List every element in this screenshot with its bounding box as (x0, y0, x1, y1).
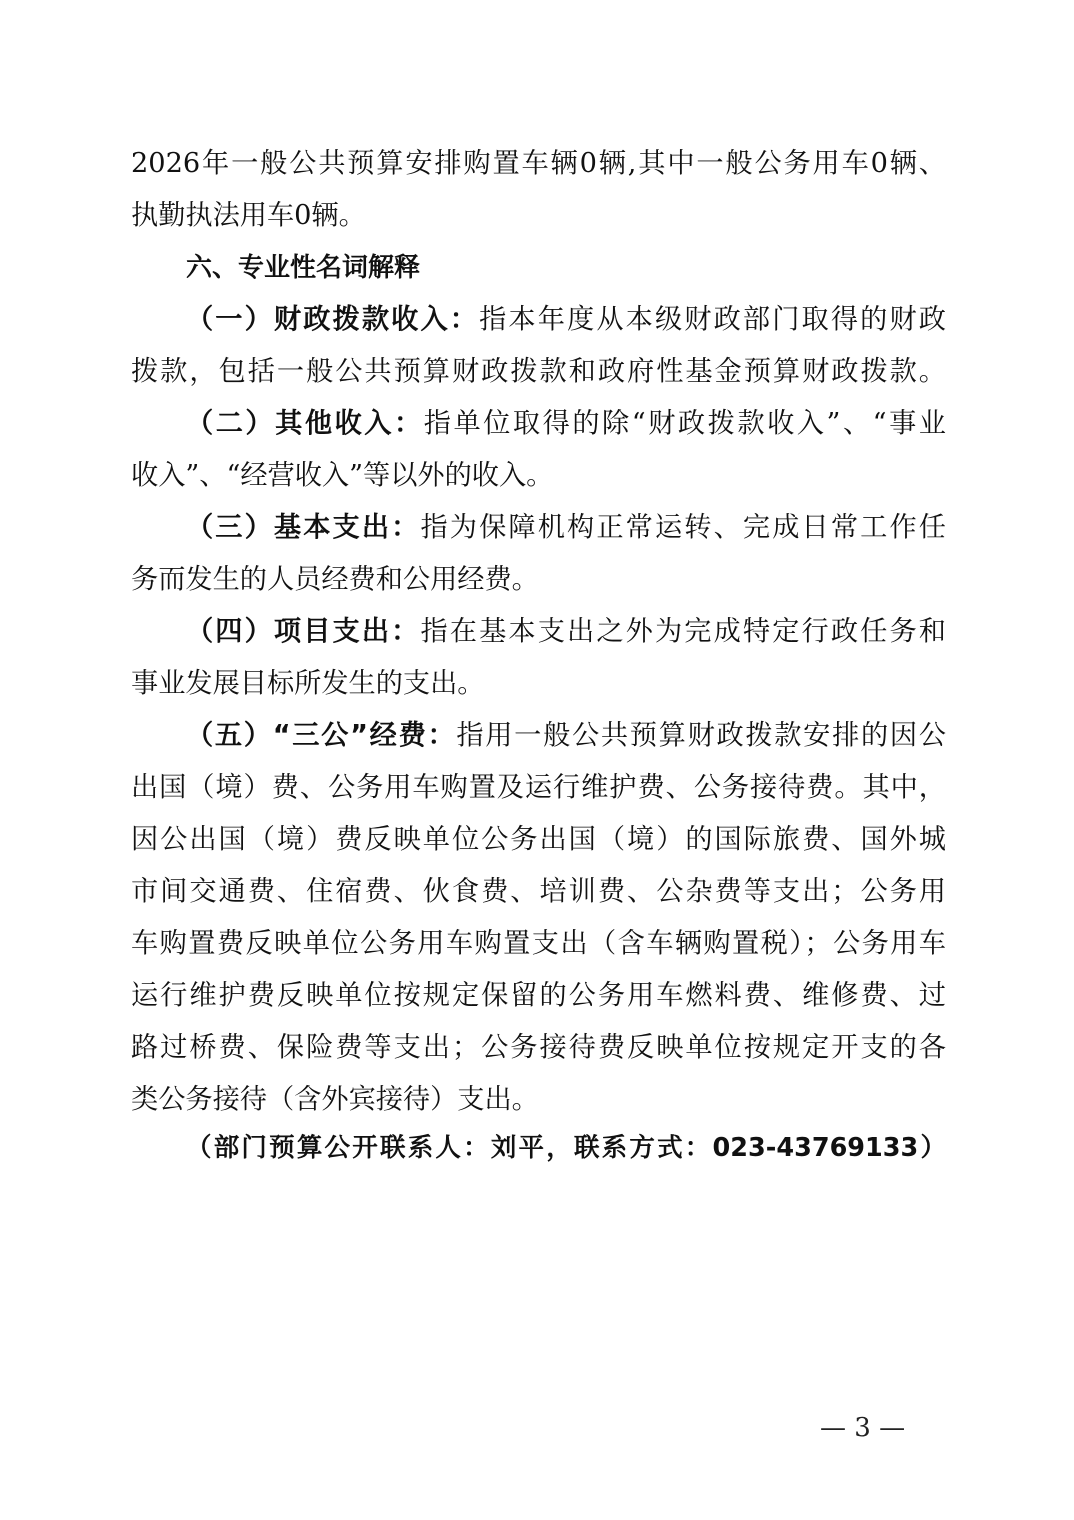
term-1-title: （一）财政拨款收入： (186, 304, 479, 335)
term-1-line-1: （一）财政拨款收入：指本年度从本级财政部门取得的财政 (186, 303, 946, 337)
document-page: 2026年一般公共预算安排购置车辆0辆,其中一般公务用车0辆、 执勤执法用车0辆… (0, 0, 1074, 1520)
term-5-line-8: 类公务接待（含外宾接待）支出。 (131, 1083, 946, 1117)
section-heading: 六、专业性名词解释 (186, 251, 946, 285)
term-4-line-1: （四）项目支出：指在基本支出之外为完成特定行政任务和 (186, 615, 946, 649)
term-5-line-4: 市间交通费、住宿费、伙食费、培训费、公杂费等支出；公务用 (131, 875, 946, 909)
contact-info: （部门预算公开联系人：刘平，联系方式：023-43769133） (186, 1131, 946, 1165)
term-2-text: 指单位取得的除“财政拨款收入”、“事业 (424, 408, 946, 439)
term-5-line-6: 运行维护费反映单位按规定保留的公务用车燃料费、维修费、过 (131, 979, 946, 1013)
term-5-line-5: 车购置费反映单位公务用车购置支出（含车辆购置税）；公务用车 (131, 927, 946, 961)
term-4-title: （四）项目支出： (186, 616, 421, 647)
vehicle-paragraph-line-2: 执勤执法用车0辆。 (131, 199, 946, 233)
term-5-title: （五）“三公”经费： (186, 720, 456, 751)
term-2-title: （二）其他收入： (186, 408, 424, 439)
term-5-line-1: （五）“三公”经费：指用一般公共预算财政拨款安排的因公 (186, 719, 946, 753)
term-3-line-1: （三）基本支出：指为保障机构正常运转、完成日常工作任 (186, 511, 946, 545)
term-1-line-2: 拨款，包括一般公共预算财政拨款和政府性基金预算财政拨款。 (131, 355, 946, 389)
term-5-line-3: 因公出国（境）费反映单位公务出国（境）的国际旅费、国外城 (131, 823, 946, 857)
term-3-text: 指为保障机构正常运转、完成日常工作任 (421, 512, 946, 543)
term-5-line-2: 出国（境）费、公务用车购置及运行维护费、公务接待费。其中， (131, 771, 946, 805)
term-3-title: （三）基本支出： (186, 512, 421, 543)
term-3-line-2: 务而发生的人员经费和公用经费。 (131, 563, 946, 597)
term-4-text: 指在基本支出之外为完成特定行政任务和 (421, 616, 946, 647)
term-5-line-7: 路过桥费、保险费等支出；公务接待费反映单位按规定开支的各 (131, 1031, 946, 1065)
term-5-text: 指用一般公共预算财政拨款安排的因公 (456, 720, 946, 751)
term-4-line-2: 事业发展目标所发生的支出。 (131, 667, 946, 701)
page-number: — 3 — (820, 1413, 905, 1443)
term-2-line-1: （二）其他收入：指单位取得的除“财政拨款收入”、“事业 (186, 407, 946, 441)
term-2-line-2: 收入”、“经营收入”等以外的收入。 (131, 459, 946, 493)
term-1-text: 指本年度从本级财政部门取得的财政 (479, 304, 946, 335)
vehicle-paragraph-line-1: 2026年一般公共预算安排购置车辆0辆,其中一般公务用车0辆、 (131, 147, 946, 181)
